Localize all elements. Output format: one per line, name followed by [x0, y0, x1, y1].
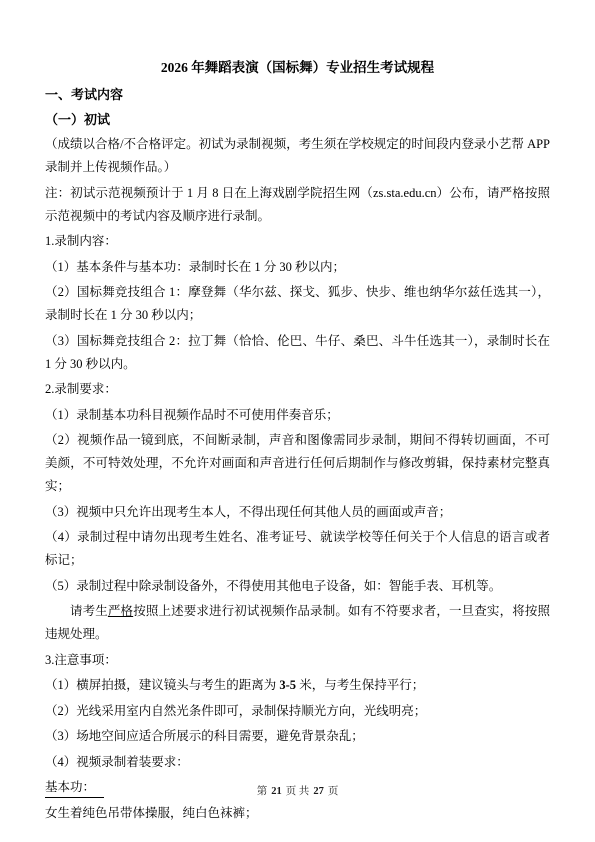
recording-requirements-heading: 2.录制要求： [45, 378, 550, 401]
dress-code-item-1: 女生着纯色吊带体操服，纯白色袜裤； [45, 802, 550, 825]
demo-video-note-paragraph: 注：初试示范视频预计于 1 月 8 日在上海戏剧学院招生网（zs.sta.edu… [45, 182, 550, 228]
violation-warning-paragraph: 请考生严格按照上述要求进行初试视频作品录制。如有不符要求者，一旦查实，将按照违规… [45, 600, 550, 646]
recording-requirements-item-2: （2）视频作品一镜到底，不间断录制，声音和图像需同步录制，期间不得转切画面，不可… [45, 429, 550, 498]
precautions-heading: 3.注意事项： [45, 649, 550, 672]
precautions-item-1-prefix: （1）横屏拍摄，建议镜头与考生的距离为 [45, 678, 279, 692]
document-page: 2026 年舞蹈表演（国标舞）专业招生考试规程 一、考试内容 （一）初试 （成绩… [0, 0, 595, 842]
recording-content-item-2: （2）国标舞竞技组合 1：摩登舞（华尔兹、探戈、狐步、快步、维也纳华尔兹任选其一… [45, 281, 550, 327]
section-heading-exam-content: 一、考试内容 [45, 83, 550, 106]
precautions-item-1-suffix: 米，与考生保持平行； [296, 678, 424, 692]
precautions-item-2: （2）光线采用室内自然光条件即可，录制保持顺光方向，光线明亮； [45, 700, 550, 723]
footer-label-mid: 页 共 [286, 786, 310, 797]
recording-requirements-item-1: （1）录制基本功科目视频作品时不可使用伴奏音乐； [45, 404, 550, 427]
recording-content-item-3: （3）国标舞竞技组合 2：拉丁舞（恰恰、伦巴、牛仔、桑巴、斗牛任选其一），录制时… [45, 330, 550, 376]
warning-text-prefix: 请考生 [70, 604, 108, 618]
recording-requirements-item-5: （5）录制过程中除录制设备外，不得使用其他电子设备，如：智能手表、耳机等。 [45, 575, 550, 598]
recording-requirements-item-3: （3）视频中只允许出现考生本人，不得出现任何其他人员的画面或声音； [45, 501, 550, 524]
footer-label-suffix: 页 [328, 786, 339, 797]
precautions-item-3: （3）场地空间应适合所展示的科目需要，避免背景杂乱； [45, 725, 550, 748]
grading-note-paragraph: （成绩以合格/不合格评定。初试为录制视频，考生须在学校规定的时间段内登录小艺帮 … [45, 133, 550, 179]
precautions-item-1: （1）横屏拍摄，建议镜头与考生的距离为 3-5 米，与考生保持平行； [45, 674, 550, 697]
recording-content-item-1: （1）基本条件与基本功：录制时长在 1 分 30 秒以内； [45, 256, 550, 279]
recording-requirements-item-4: （4）录制过程中请勿出现考生姓名、准考证号、就读学校等任何关于个人信息的语言或者… [45, 526, 550, 572]
current-page-number: 21 [271, 786, 282, 797]
footer-label-prefix: 第 [257, 786, 268, 797]
total-page-number: 27 [313, 786, 324, 797]
camera-distance-value: 3-5 [279, 678, 296, 692]
precautions-item-4: （4）视频录制着装要求： [45, 751, 550, 774]
subsection-heading-first-round: （一）初试 [45, 108, 550, 131]
page-footer: 第21页 共27页 [0, 785, 595, 798]
warning-emphasis-underlined: 严格 [108, 604, 133, 618]
recording-content-heading: 1.录制内容： [45, 230, 550, 253]
document-title: 2026 年舞蹈表演（国标舞）专业招生考试规程 [45, 56, 550, 79]
